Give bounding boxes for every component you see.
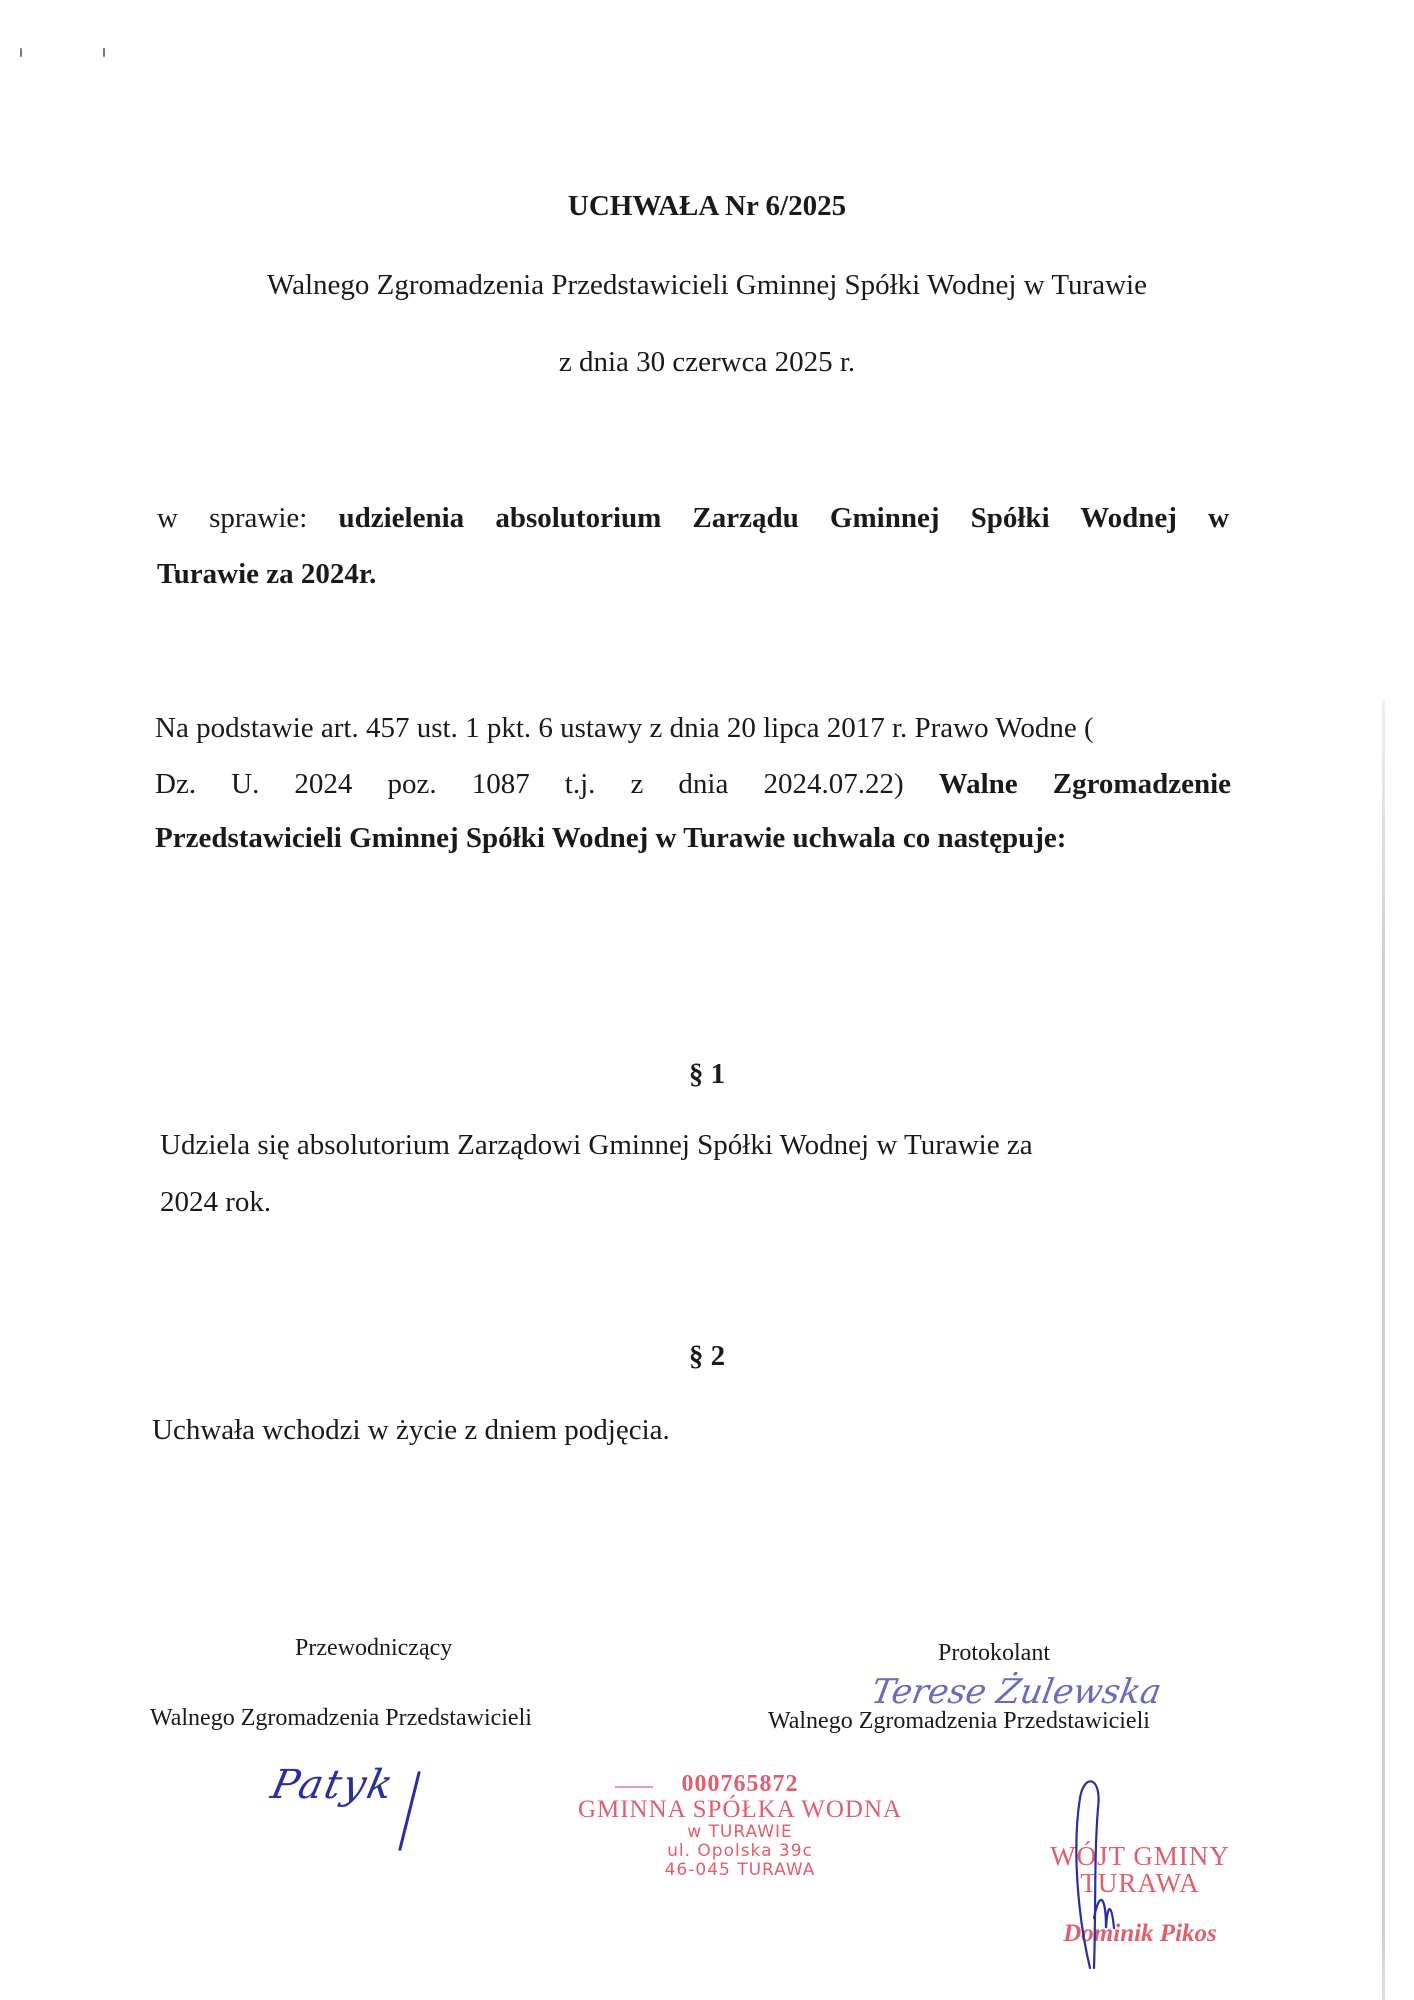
legal-basis-line: Dz. U. 2024 poz. 1087 t.j. z dnia 2024.0… bbox=[155, 768, 1231, 801]
recorder-role: Protokolant bbox=[938, 1640, 1050, 1667]
subject-prefix: w sprawie: bbox=[157, 502, 307, 534]
subject-line: w sprawie: udzielenia absolutorium Zarzą… bbox=[157, 502, 1229, 535]
stamp-postal: 46-045 TURAWA bbox=[560, 1862, 920, 1879]
scan-mark bbox=[20, 48, 22, 57]
document-title: UCHWAŁA Nr 6/2025 bbox=[0, 192, 1414, 221]
document-subtitle: Walnego Zgromadzenia Przedstawicieli Gmi… bbox=[0, 271, 1414, 300]
chairman-body: Walnego Zgromadzenia Przedstawicieli bbox=[150, 1705, 532, 1732]
paragraph-text: Uchwała wchodzi w życie z dniem podjęcia… bbox=[152, 1416, 670, 1445]
subject-text: udzielenia absolutorium Zarządu Gminnej … bbox=[339, 502, 1230, 534]
stamp-street: ul. Opolska 39c bbox=[560, 1843, 920, 1860]
legal-basis-reference: Dz. U. 2024 poz. 1087 t.j. z dnia 2024.0… bbox=[155, 768, 904, 800]
paragraph-text: Udziela się absolutorium Zarządowi Gminn… bbox=[160, 1131, 1033, 1160]
company-stamp: 000765872 GMINNA SPÓŁKA WODNA w TURAWIE … bbox=[560, 1772, 920, 1879]
mayor-signature bbox=[1050, 1768, 1130, 1988]
stamp-number: 000765872 bbox=[560, 1772, 920, 1796]
legal-basis-body: Walne Zgromadzenie bbox=[939, 768, 1231, 800]
chairman-role: Przewodniczący bbox=[295, 1635, 452, 1662]
document-date: z dnia 30 czerwca 2025 r. bbox=[0, 348, 1414, 377]
legal-basis-resolution: Przedstawicieli Gminnej Spółki Wodnej w … bbox=[155, 822, 1066, 855]
subject-text-continued: Turawie za 2024r. bbox=[157, 558, 376, 591]
scan-mark bbox=[103, 48, 105, 57]
chairman-signature: Patyk bbox=[267, 1762, 399, 1808]
stamp-place: w TURAWIE bbox=[560, 1824, 920, 1841]
paragraph-heading: § 2 bbox=[0, 1342, 1414, 1371]
paragraph-heading: § 1 bbox=[0, 1060, 1414, 1089]
recorder-body: Walnego Zgromadzenia Przedstawicieli bbox=[768, 1708, 1150, 1735]
stamp-company-name: GMINNA SPÓŁKA WODNA bbox=[560, 1797, 920, 1822]
legal-basis-line: Na podstawie art. 457 ust. 1 pkt. 6 usta… bbox=[155, 712, 1094, 745]
paragraph-text: 2024 rok. bbox=[160, 1188, 271, 1217]
recorder-signature: Terese Żulewska bbox=[868, 1672, 1164, 1712]
chairman-signature-stroke bbox=[398, 1771, 421, 1851]
